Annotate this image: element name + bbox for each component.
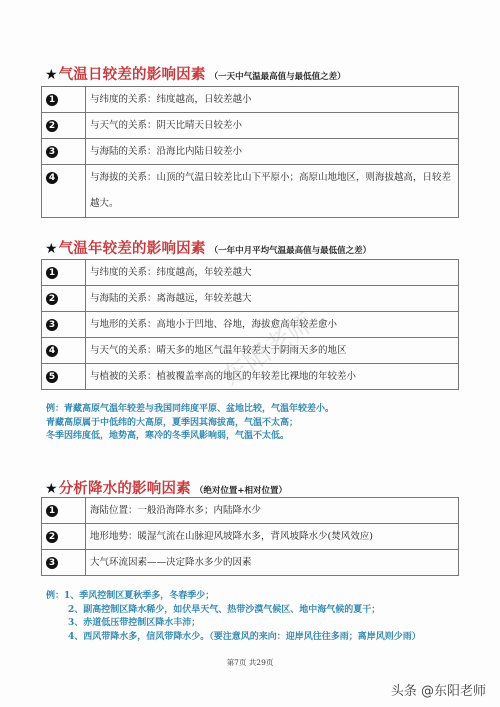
number-badge-icon: 2 bbox=[46, 293, 58, 305]
table-row: 1与纬度的关系：纬度越高，日较差越小 bbox=[42, 87, 459, 113]
number-badge-icon: 4 bbox=[46, 345, 58, 357]
row-text: 地形地势：暖湿气流在山脉迎风坡降水多，背风坡降水少(焚风效应) bbox=[86, 524, 459, 550]
section-title-daily-range: ★ 气温日较差的影响因素 （一天中气温最高值与最低值之差） bbox=[45, 63, 346, 84]
row-text: 与纬度的关系：纬度越高，日较差越小 bbox=[86, 87, 459, 113]
row-text: 与海陆的关系：沿海比内陆日较差小 bbox=[86, 139, 459, 165]
number-badge-icon: 3 bbox=[46, 319, 58, 331]
page-number: 第7页 共29页 bbox=[0, 657, 500, 668]
number-badge-icon: 5 bbox=[46, 371, 58, 383]
row-text: 与海陆的关系：离海越远，年较差越大 bbox=[86, 286, 459, 312]
brand-watermark: 头条 @东阳老师 bbox=[391, 680, 486, 699]
row-text: 与地形的关系：高地小于凹地、谷地，海拔愈高年较差愈小 bbox=[86, 312, 459, 338]
table-row: 2地形地势：暖湿气流在山脉迎风坡降水多，背风坡降水少(焚风效应) bbox=[42, 524, 459, 550]
table-row: 1海陆位置：一般沿海降水多；内陆降水少 bbox=[42, 498, 459, 524]
table-row: 3大气环流因素——决定降水多少的因素 bbox=[42, 550, 459, 576]
example-line: 例：青藏高原气温年较差与我国同纬度平原、盆地比较，气温年较差小。 bbox=[46, 403, 334, 417]
precipitation-table: 1海陆位置：一般沿海降水多；内陆降水少 2地形地势：暖湿气流在山脉迎风坡降水多，… bbox=[41, 497, 459, 576]
number-badge-icon: 2 bbox=[46, 531, 58, 543]
daily-range-table: 1与纬度的关系：纬度越高，日较差越小 2与天气的关系：阴天比晴天日较差小 3与海… bbox=[41, 86, 459, 218]
section-title-precipitation: ★ 分析降水的影响因素 （绝对位置+相对位置） bbox=[45, 477, 287, 498]
row-text: 海陆位置：一般沿海降水多；内陆降水少 bbox=[86, 498, 459, 524]
number-badge-icon: 3 bbox=[46, 146, 58, 158]
number-badge-icon: 2 bbox=[46, 120, 58, 132]
table-row: 1与纬度的关系：纬度越高，年较差越大 bbox=[42, 260, 459, 286]
section-title-annual-range: ★ 气温年较差的影响因素 （一年中月平均气温最高值与最低值之差） bbox=[45, 237, 371, 258]
example-line: 2、副高控制区降水稀少，如伏旱天气、热带沙漠气候区、地中海气候的夏干； bbox=[46, 604, 421, 618]
row-text: 与天气的关系：阴天比晴天日较差小 bbox=[86, 113, 459, 139]
star-icon: ★ bbox=[45, 67, 58, 83]
annual-range-example: 例：青藏高原气温年较差与我国同纬度平原、盆地比较，气温年较差小。 青藏高原属于中… bbox=[46, 403, 334, 444]
section-heading: 气温年较差的影响因素 bbox=[59, 237, 206, 258]
table-row: 2与天气的关系：阴天比晴天日较差小 bbox=[42, 113, 459, 139]
star-icon: ★ bbox=[45, 481, 58, 497]
row-text: 与海拔的关系：山顶的气温日较差比山下平原小；高原山地地区，则海拔越高，日较差越大… bbox=[86, 165, 459, 218]
example-line: 4、西风带降水多，信风带降水少。（要注意风的来向：迎岸风往往多雨；离岸风则少雨） bbox=[46, 631, 421, 645]
example-line: 3、赤道低压带控制区降水丰沛； bbox=[46, 617, 421, 631]
section-heading: 气温日较差的影响因素 bbox=[59, 63, 206, 84]
section-heading: 分析降水的影响因素 bbox=[59, 477, 191, 498]
number-badge-icon: 1 bbox=[46, 505, 58, 517]
annual-range-table: 1与纬度的关系：纬度越高，年较差越大 2与海陆的关系：离海越远，年较差越大 3与… bbox=[41, 259, 459, 390]
row-text: 与植被的关系：植被覆盖率高的地区的年较差比裸地的年较差小 bbox=[86, 364, 459, 390]
table-row: 3与海陆的关系：沿海比内陆日较差小 bbox=[42, 139, 459, 165]
precipitation-example: 例：1、季风控制区夏秋季多，冬春季少； 2、副高控制区降水稀少，如伏旱天气、热带… bbox=[46, 590, 421, 644]
table-row: 4与海拔的关系：山顶的气温日较差比山下平原小；高原山地地区，则海拔越高，日较差越… bbox=[42, 165, 459, 218]
section-note: （绝对位置+相对位置） bbox=[195, 484, 287, 496]
number-badge-icon: 1 bbox=[46, 94, 58, 106]
table-row: 5与植被的关系：植被覆盖率高的地区的年较差比裸地的年较差小 bbox=[42, 364, 459, 390]
table-row: 3与地形的关系：高地小于凹地、谷地，海拔愈高年较差愈小 bbox=[42, 312, 459, 338]
row-text: 与天气的关系：晴天多的地区气温年较差大于阴雨天多的地区 bbox=[86, 338, 459, 364]
number-badge-icon: 3 bbox=[46, 557, 58, 569]
star-icon: ★ bbox=[45, 241, 58, 257]
example-line: 例：1、季风控制区夏秋季多，冬春季少； bbox=[46, 590, 421, 604]
number-badge-icon: 1 bbox=[46, 267, 58, 279]
row-text: 大气环流因素——决定降水多少的因素 bbox=[86, 550, 459, 576]
table-row: 4与天气的关系：晴天多的地区气温年较差大于阴雨天多的地区 bbox=[42, 338, 459, 364]
number-badge-icon: 4 bbox=[46, 172, 58, 184]
table-row: 2与海陆的关系：离海越远，年较差越大 bbox=[42, 286, 459, 312]
section-note: （一年中月平均气温最高值与最低值之差） bbox=[210, 244, 372, 256]
example-line: 青藏高原属于中低纬的大高原，夏季因其海拔高，气温不太高； bbox=[46, 417, 334, 431]
example-line: 冬季因纬度低，地势高，寒冷的冬季风影响弱，气温不太低。 bbox=[46, 430, 334, 444]
row-text: 与纬度的关系：纬度越高，年较差越大 bbox=[86, 260, 459, 286]
section-note: （一天中气温最高值与最低值之差） bbox=[210, 70, 346, 82]
